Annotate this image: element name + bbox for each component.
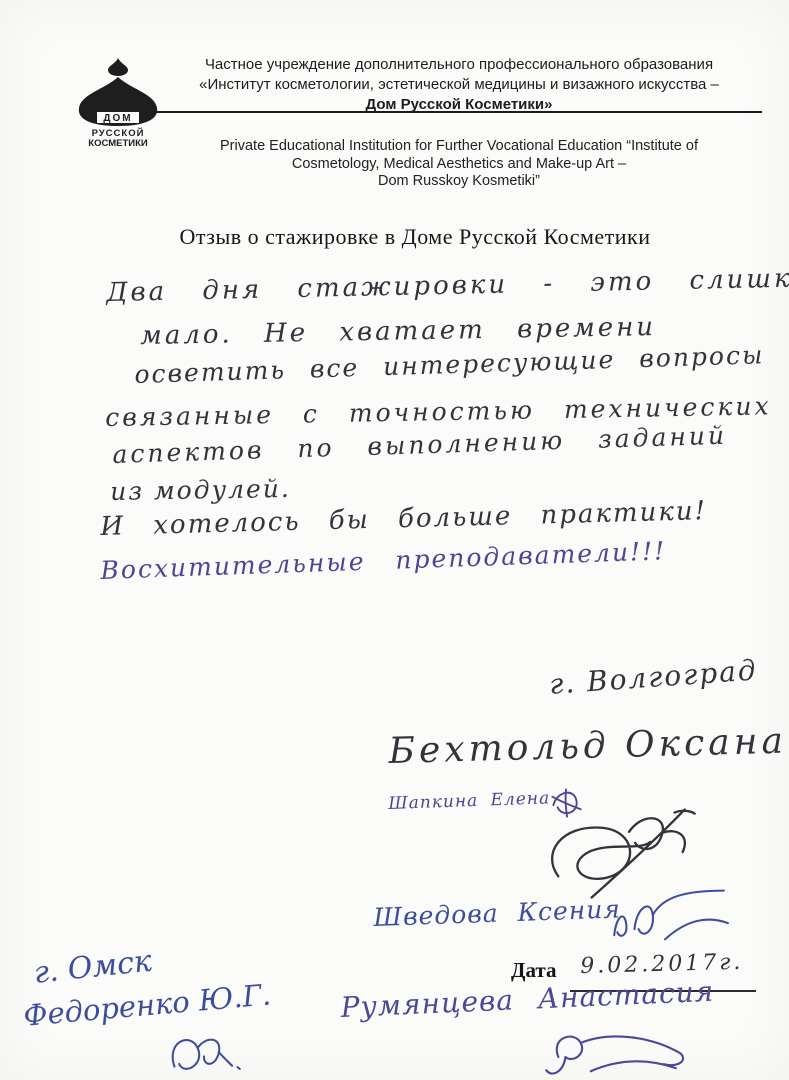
letterhead-divider — [142, 111, 762, 113]
handwritten-name-shvedova: Шведова Ксения — [373, 894, 621, 932]
handwritten-city-omsk: г. Омск — [32, 944, 153, 991]
handwritten-name-bekhtold: Бехтольд Оксана — [388, 721, 787, 772]
handwritten-name-rumyantseva: Румянцева Анастасия — [340, 975, 715, 1024]
letterhead-english: Private Educational Institution for Furt… — [150, 138, 768, 191]
letterhead-ru-line1: Частное учреждение дополнительного профе… — [150, 55, 768, 75]
handwritten-city-volgograd: г. Волгоград — [548, 653, 759, 700]
letterhead-en-line3: Dom Russkoy Kosmetiki” — [150, 173, 768, 191]
scanned-document-page: ДОМ РУССКОЙ КОСМЕТИКИ Частное учреждение… — [0, 0, 789, 1080]
rumyantseva-signature-flourish — [528, 1028, 690, 1080]
page-title: Отзыв о стажировке в Доме Русской Космет… — [30, 224, 789, 250]
logo-text-dom: ДОМ — [103, 113, 132, 124]
letterhead-russian: Частное учреждение дополнительного профе… — [150, 55, 768, 115]
date-label: Дата — [511, 958, 556, 983]
shvedova-signature-flourish — [600, 886, 732, 948]
letterhead-ru-line2: «Институт косметологии, эстетической мед… — [150, 75, 768, 95]
letterhead-en-line1: Private Educational Institution for Furt… — [150, 138, 768, 156]
review-line-1: Два дня стажировки - это слишком — [106, 263, 789, 308]
logo-text-kosmetiki: КОСМЕТИКИ — [88, 138, 148, 148]
date-value: 9.02.2017г. — [580, 950, 744, 979]
letterhead-en-line2: Cosmetology, Medical Aesthetics and Make… — [150, 156, 768, 174]
handwritten-name-shapkina: Шапкина Елена — [388, 788, 551, 814]
fedorenko-signature-flourish — [148, 1016, 247, 1080]
review-line-6: из модулей. — [110, 474, 291, 506]
review-line-8: Восхитительные преподаватели!!! — [100, 536, 667, 585]
